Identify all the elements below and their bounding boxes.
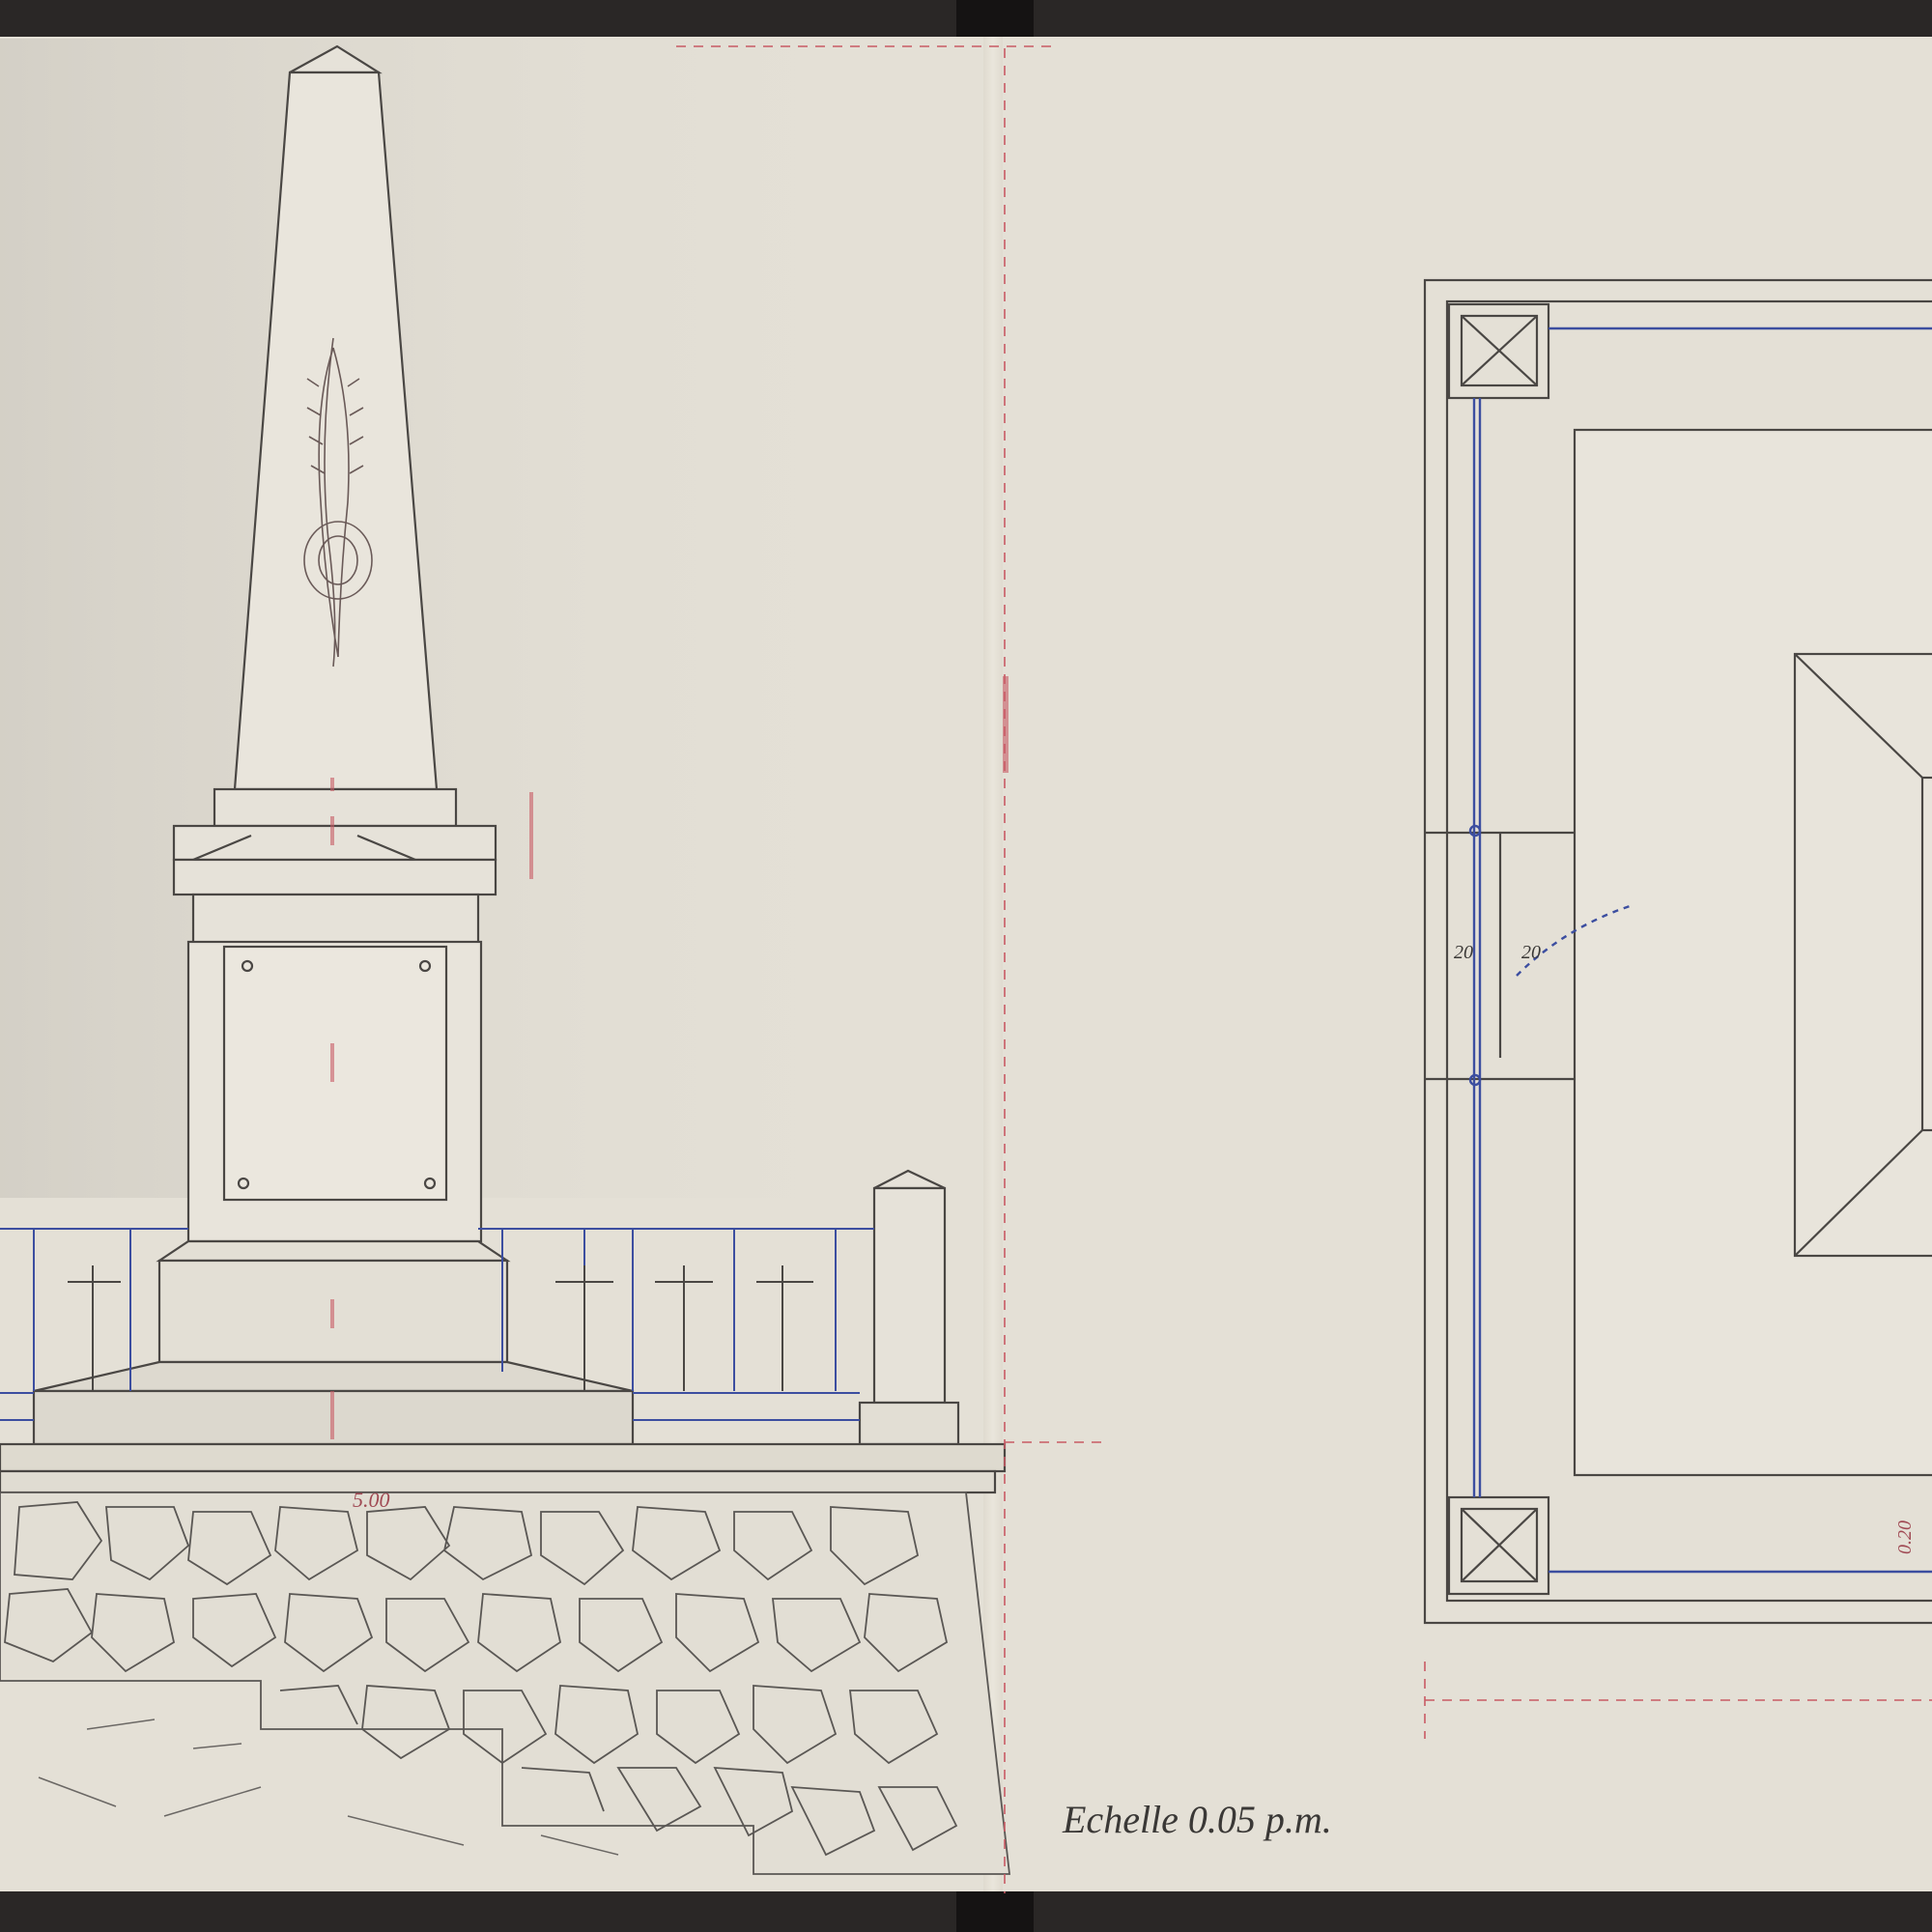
platform [0,1444,1005,1471]
plan-corner-post-bottom [1449,1497,1548,1594]
plan-platform [1575,430,1932,1475]
fence-pillar [874,1188,945,1403]
plan-gap-left: 20 [1454,942,1473,964]
cornice [174,826,496,860]
base-width-dimension: 5.00 [353,1488,390,1513]
plan-corner-post-top [1449,304,1548,398]
plan-side-offset: 0.20 [1894,1520,1917,1554]
stone-foundation [0,1492,1009,1874]
plan-view [1425,280,1932,1623]
elevation-shading [0,39,966,1198]
inscription-panel [224,947,446,1200]
plinth-upper [214,789,456,826]
scale-note: Echelle 0.05 p.m. [1063,1797,1332,1842]
drawing-canvas [0,0,1932,1932]
plan-gap-right: 20 [1521,942,1541,964]
